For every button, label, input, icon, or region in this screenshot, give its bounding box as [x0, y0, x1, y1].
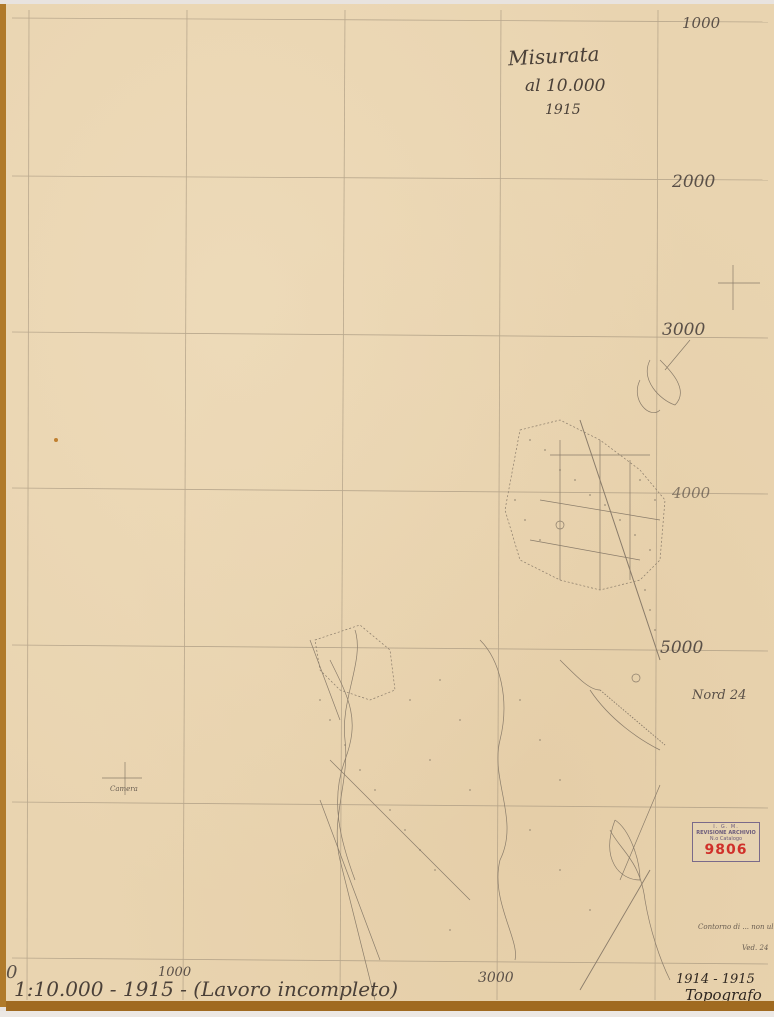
- crosshair-label: Camera: [110, 785, 138, 793]
- grid-label-2000: 2000: [672, 172, 715, 192]
- map-scale: al 10.000: [525, 76, 605, 96]
- map-drawing: [0, 0, 774, 1017]
- grid-label-4000: 4000: [672, 484, 710, 502]
- settlement-sketch-lower: [310, 625, 670, 1000]
- stamp-catalog-number: 9806: [693, 843, 759, 857]
- grid-label-1000: 1000: [682, 14, 720, 32]
- bottom-note: 1:10.000 - 1915 - (Lavoro incompleto): [14, 977, 398, 1001]
- right-side-initials: Ved. 24: [742, 944, 768, 952]
- map-year: 1915: [545, 102, 581, 118]
- archive-stamp: I. G. M. REVISIONE ARCHIVIO N.o Catalogo…: [692, 822, 760, 862]
- stain-spot: [54, 438, 58, 442]
- crosshair-marks: [102, 265, 760, 795]
- settlement-sketch-upper: [505, 340, 690, 660]
- scan-margin: [0, 1011, 774, 1017]
- right-side-note: Contorno di ... non ultimato: [698, 923, 774, 931]
- map-title: Misurata: [507, 42, 600, 71]
- nord-annotation: Nord 24: [692, 688, 746, 703]
- survey-grid: [12, 10, 768, 1000]
- signature-dates: 1914 - 1915: [676, 972, 755, 987]
- grid-label-5000: 5000: [660, 638, 703, 658]
- grid-label-3000: 3000: [662, 320, 705, 340]
- vegetation-dots-upper: [514, 439, 656, 631]
- bottom-binding-strip: [6, 1001, 774, 1011]
- grid-label-bottom-3000: 3000: [478, 970, 514, 986]
